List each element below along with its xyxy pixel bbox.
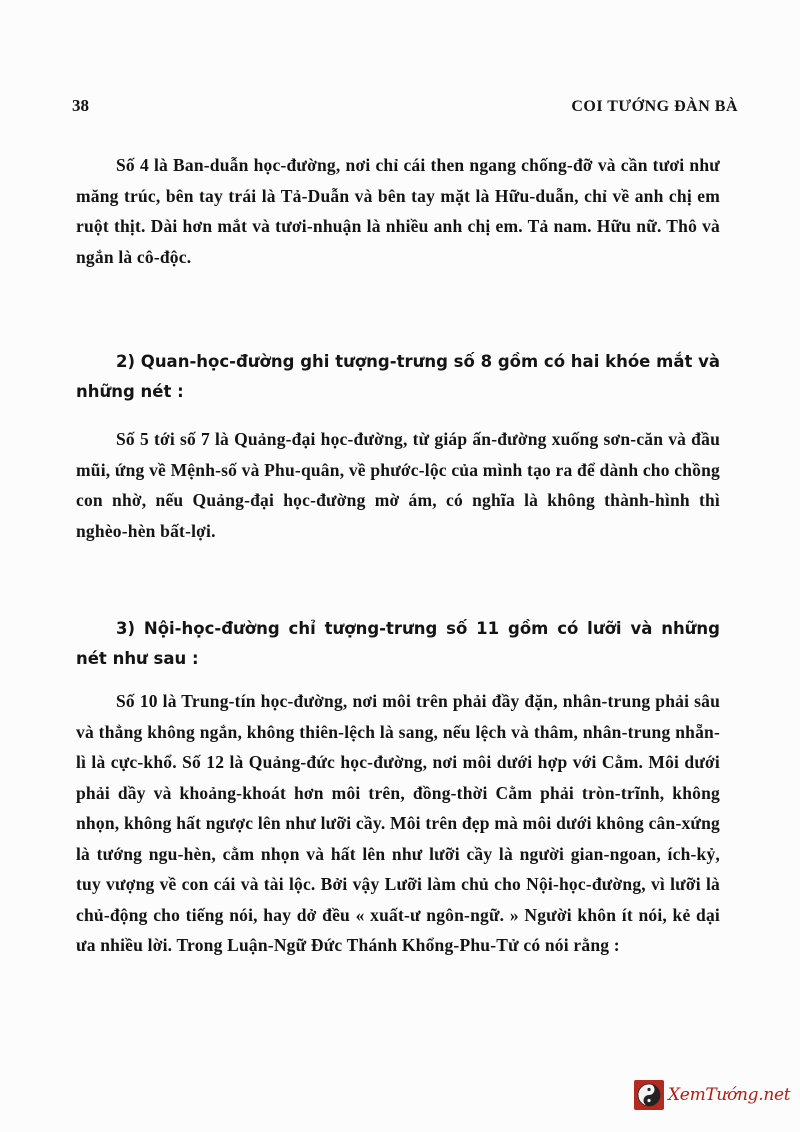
running-title: COI TƯỚNG ĐÀN BÀ bbox=[571, 98, 738, 116]
yin-yang-icon bbox=[634, 1080, 664, 1110]
site-watermark: XemTướng.net bbox=[634, 1080, 790, 1110]
paragraph-text: Số 5 tới số 7 là Quảng-đại học-đường, từ… bbox=[76, 424, 720, 546]
section-heading-quan-hoc-duong: 2) Quan-học-đường ghi tượng-trưng số 8 g… bbox=[76, 347, 720, 407]
paragraph-ban-duan: Số 4 là Ban-duẫn học-đường, nơi chỉ cái … bbox=[76, 150, 720, 272]
watermark-text: XemTướng.net bbox=[668, 1085, 790, 1105]
heading-text: 3) Nội-học-đường chỉ tượng-trưng số 11 g… bbox=[76, 614, 720, 674]
paragraph-text: Số 4 là Ban-duẫn học-đường, nơi chỉ cái … bbox=[76, 150, 720, 272]
paragraph-text: Số 10 là Trung-tín học-đường, nơi môi tr… bbox=[76, 686, 720, 961]
book-page: 38 COI TƯỚNG ĐÀN BÀ Số 4 là Ban-duẫn học… bbox=[0, 0, 800, 1132]
page-number: 38 bbox=[72, 96, 89, 116]
paragraph-quang-dai: Số 5 tới số 7 là Quảng-đại học-đường, từ… bbox=[76, 424, 720, 546]
running-header: 38 COI TƯỚNG ĐÀN BÀ bbox=[72, 96, 738, 116]
section-heading-noi-hoc-duong: 3) Nội-học-đường chỉ tượng-trưng số 11 g… bbox=[76, 614, 720, 674]
heading-text: 2) Quan-học-đường ghi tượng-trưng số 8 g… bbox=[76, 347, 720, 407]
paragraph-trung-tin: Số 10 là Trung-tín học-đường, nơi môi tr… bbox=[76, 686, 720, 961]
